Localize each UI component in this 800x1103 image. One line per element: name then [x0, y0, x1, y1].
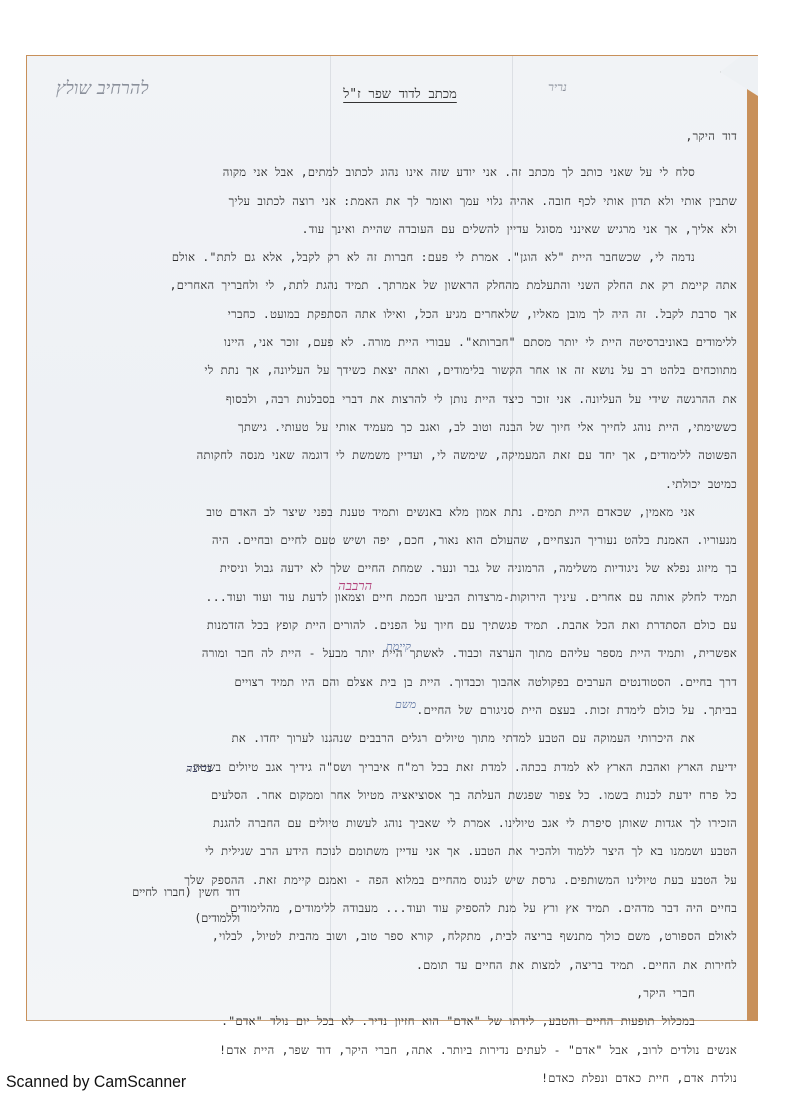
paragraph: סלח לי על שאני כותב לך מכתב זה. אני יודע…	[62, 158, 737, 243]
text-line: לחירות את החיים. תמיד בריצה, למצות את הח…	[62, 951, 737, 979]
text-line: כששימתי, היית נוהג לחייך אלי חיוך של הבנ…	[62, 413, 737, 441]
text-line: נדמה לי, שכשחבר היית "לא הוגן". אמרת לי …	[62, 243, 737, 271]
text-line: את היכרותי העמוקה עם הטבע למדתי מתוך טיו…	[62, 724, 737, 752]
text-line: מתווכחים בלהט רב על נושא זה או אחר הקשור…	[62, 356, 737, 384]
camscanner-watermark: Scanned by CamScanner	[6, 1072, 186, 1092]
text-line: חברי היקר,	[62, 979, 737, 1007]
text-line: במכלול תופעות החיים והטבע, לידתו של "אדם…	[62, 1007, 737, 1035]
text-line: אני מאמין, שכאדם היית תמים. נתת אמון מלא…	[62, 498, 737, 526]
title-text: מכתב לדוד שפר ז"ל	[343, 87, 457, 102]
text-line: ידיעת הארץ ואהבת הארץ לא למדת בכתה. למדת…	[62, 753, 737, 781]
text-line: עם כולם הסתדרת ואת הכל אהבת. תמיד פגשתיך…	[62, 611, 737, 639]
document-title: מכתב לדוד שפר ז"ל	[0, 86, 800, 102]
text-line: הטבע ושממנו בא לך היצר ללמוד ולהכיר את ה…	[62, 837, 737, 865]
text-line: אתה קיימת רק את החלק השני והתעלמת מהחלק …	[62, 271, 737, 299]
text-line: אנשים נולדים לרוב, אבל "אדם" - לעתים נדי…	[62, 1036, 737, 1064]
text-line: ללימודים באוניברסיטה היית לי יותר מסתם "…	[62, 328, 737, 356]
text-line: הפשוטה ללימודים, אך יחד עם זאת המעמיקה, …	[62, 441, 737, 469]
text-line: כל פרח ידעת לכנות בשמו. כל צפור שפגשת הע…	[62, 781, 737, 809]
paragraph: את היכרותי העמוקה עם הטבע למדתי מתוך טיו…	[62, 724, 737, 979]
text-line: ולא אליך, אך אני מרגיש שאינני מסוגל עדיי…	[62, 215, 737, 243]
handwritten-correction: הרבבה	[338, 578, 372, 594]
text-line: אך סרבת לקבל. זה היה לך מובן מאליו, שלאח…	[62, 300, 737, 328]
paragraph: אני מאמין, שכאדם היית תמים. נתת אמון מלא…	[62, 498, 737, 724]
signature-line: וללמודים)	[60, 905, 240, 931]
text-line: הזכירו לך אגדות שאותן סיפרת לי אגב טיולי…	[62, 809, 737, 837]
paragraph: נדמה לי, שכשחבר היית "לא הוגן". אמרת לי …	[62, 243, 737, 498]
handwritten-correction: בריצה	[186, 762, 212, 775]
text-line: דרך בחיים. הסטודנטים הערבים בפקולטה אהבו…	[62, 668, 737, 696]
paragraph: חברי היקר,	[62, 979, 737, 1007]
margin-note: משם	[395, 698, 416, 711]
signature-block: דוד חשין (חברו לחיים וללמודים)	[60, 879, 240, 931]
letter-body: דוד היקר, סלח לי על שאני כותב לך מכתב זה…	[62, 122, 737, 1092]
text-line: מנעוריו. האמנת בלהט נעוריך הנצחיים, שהעו…	[62, 526, 737, 554]
margin-note: קיימת	[386, 640, 411, 653]
text-line: שתבין אותי ולא תדון אותי לכף חובה. אהיה …	[62, 187, 737, 215]
greeting: דוד היקר,	[62, 122, 737, 150]
signature-line: דוד חשין (חברו לחיים	[60, 879, 240, 905]
text-line: תמיד לחלק אותה עם אחרים. עיניך הירוקות-מ…	[62, 583, 737, 611]
text-line: כמיטב יכולתי.	[62, 470, 737, 498]
text-line: את ההרגשה שידי על העליונה. אני זוכר כיצד…	[62, 385, 737, 413]
text-line: בך מיזוג נפלא של ניגודיות משלימה, הרמוני…	[62, 554, 737, 582]
text-line: סלח לי על שאני כותב לך מכתב זה. אני יודע…	[62, 158, 737, 186]
